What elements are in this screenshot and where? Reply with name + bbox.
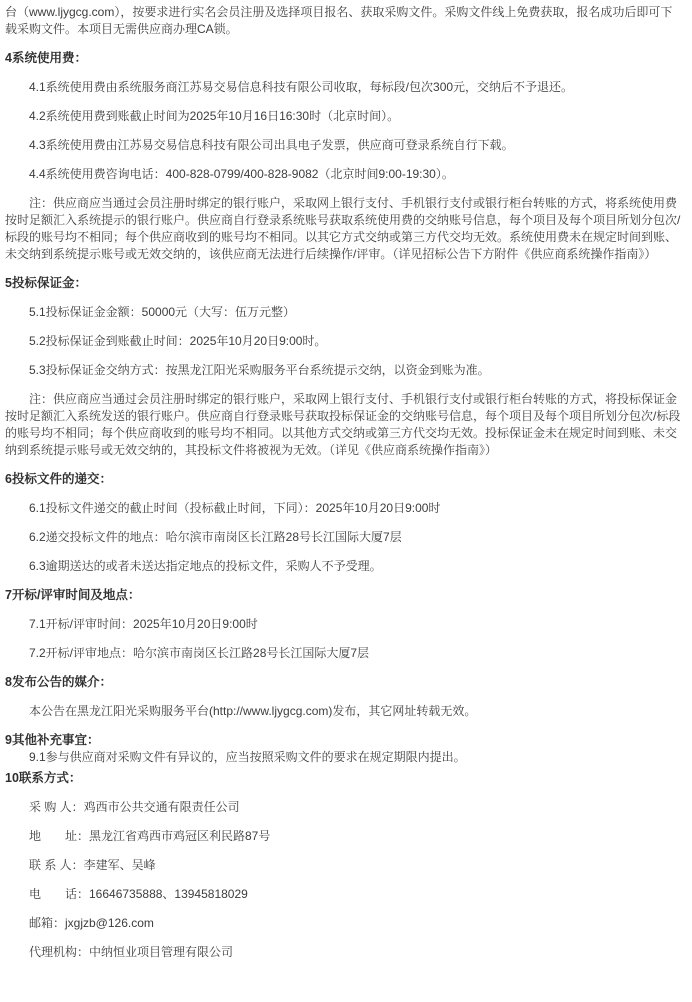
section-5-item-2: 5.2投标保证金到账截止时间：2025年10月20日9:00时。 [5, 333, 684, 350]
section-6-item-2: 6.2递交投标文件的地点：哈尔滨市南岗区长江路28号长江国际大厦7层 [5, 529, 684, 546]
section-4-item-4: 4.4系统使用费咨询电话：400-828-0799/400-828-9082（北… [5, 166, 684, 183]
contact-address-line: 地 址：黑龙江省鸡西市鸡冠区利民路87号 [5, 828, 684, 845]
section-5-item-1: 5.1投标保证金金额：50000元（大写：伍万元整） [5, 304, 684, 321]
section-4-note: 注：供应商应当通过会员注册时绑定的银行账户，采取网上银行支付、手机银行支付或银行… [5, 195, 684, 263]
section-5-item-3: 5.3投标保证金交纳方式：按黑龙江阳光采购服务平台系统提示交纳，以资金到账为准。 [5, 362, 684, 379]
section-8-body: 本公告在黑龙江阳光采购服务平台(http://www.ljygcg.com)发布… [5, 703, 684, 720]
section-9-item-1: 9.1参与供应商对采购文件有异议的，应当按照采购文件的要求在规定期限内提出。 [5, 749, 684, 766]
section-8-heading: 8发布公告的媒介： [5, 674, 684, 691]
contact-purchaser-line: 采 购 人：鸡西市公共交通有限责任公司 [5, 799, 684, 816]
section-6-item-3: 6.3逾期送达的或者未送达指定地点的投标文件，采购人不予受理。 [5, 558, 684, 575]
section-7-item-2: 7.2开标/评审地点：哈尔滨市南岗区长江路28号长江国际大厦7层 [5, 645, 684, 662]
contact-agency-line: 代理机构：中纳恒业项目管理有限公司 [5, 944, 684, 961]
intro-paragraph: 台（www.ljygcg.com），按要求进行实名会员注册及选择项目报名、获取采… [5, 4, 684, 38]
contact-email-line: 邮箱：jxgjzb@126.com [5, 915, 684, 932]
section-6-item-1: 6.1投标文件递交的截止时间（投标截止时间，下同）：2025年10月20日9:0… [5, 500, 684, 517]
section-5-heading: 5投标保证金： [5, 275, 684, 292]
section-9-heading: 9其他补充事宜： [5, 732, 684, 749]
section-4-heading: 4系统使用费： [5, 50, 684, 67]
contact-phone-line: 电 话：16646735888、13945818029 [5, 886, 684, 903]
section-5-note: 注：供应商应当通过会员注册时绑定的银行账户，采取网上银行支付、手机银行支付或银行… [5, 391, 684, 459]
section-7-heading: 7开标/评审时间及地点： [5, 587, 684, 604]
section-4-item-3: 4.3系统使用费由江苏易交易信息科技有限公司出具电子发票，供应商可登录系统自行下… [5, 137, 684, 154]
document-page: 台（www.ljygcg.com），按要求进行实名会员注册及选择项目报名、获取采… [0, 0, 692, 1002]
contact-person-line: 联 系 人：李建军、吴峰 [5, 857, 684, 874]
section-7-item-1: 7.1开标/评审时间：2025年10月20日9:00时 [5, 616, 684, 633]
section-10-heading: 10联系方式： [5, 770, 684, 787]
section-4-item-2: 4.2系统使用费到账截止时间为2025年10月16日16:30时（北京时间）。 [5, 108, 684, 125]
section-6-heading: 6投标文件的递交： [5, 471, 684, 488]
section-4-item-1: 4.1系统使用费由系统服务商江苏易交易信息科技有限公司收取，每标段/包次300元… [5, 79, 684, 96]
